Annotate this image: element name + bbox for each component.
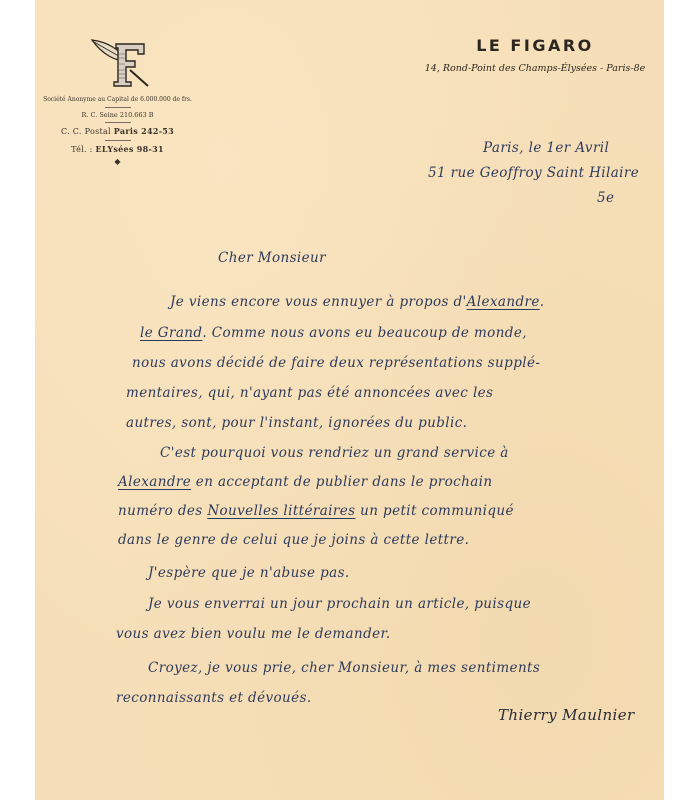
body-line: J'espère que je n'abuse pas.: [148, 565, 350, 581]
body-line: numéro des Nouvelles littéraires un peti…: [118, 503, 514, 519]
divider: [105, 140, 131, 141]
signature: Thierry Maulnier: [498, 706, 635, 724]
newspaper-address: 14, Rond-Point des Champs-Élysées - Pari…: [400, 63, 670, 74]
body-line: C'est pourquoi vous rendriez un grand se…: [160, 445, 509, 461]
ornament-icon: ◆: [35, 157, 200, 167]
postal-line: C. C. Postal Paris 242-53: [35, 126, 200, 137]
figaro-logo-icon: [78, 34, 158, 94]
body-line: vous avez bien voulu me le demander.: [116, 626, 391, 642]
body-line: nous avons décidé de faire deux représen…: [132, 355, 540, 371]
divider: [105, 122, 131, 123]
body-line: autres, sont, pour l'instant, ignorées d…: [126, 415, 467, 431]
body-line: Je vous enverrai un jour prochain un art…: [148, 596, 531, 612]
letterhead-left: Société Anonyme au Capital de 6.000.000 …: [35, 34, 200, 167]
salutation: Cher Monsieur: [218, 250, 326, 266]
body-line: Alexandre en acceptant de publier dans l…: [118, 474, 492, 490]
telephone-line: Tél. : ELYsées 98-31: [35, 144, 200, 155]
body-line: reconnaissants et dévoués.: [116, 690, 312, 706]
sender-arrondissement: 5e: [597, 190, 614, 206]
body-line: dans le genre de celui que je joins à ce…: [118, 532, 469, 548]
registry-line: R. C. Seine 210.663 B: [35, 111, 200, 119]
body-line: Croyez, je vous prie, cher Monsieur, à m…: [148, 660, 540, 676]
newspaper-name: LE FIGARO: [400, 36, 670, 55]
body-line: le Grand. Comme nous avons eu beaucoup d…: [140, 325, 527, 341]
company-capital-line: Société Anonyme au Capital de 6.000.000 …: [35, 96, 200, 104]
place-date: Paris, le 1er Avril: [483, 140, 609, 156]
body-line: Je viens encore vous ennuyer à propos d'…: [170, 294, 544, 310]
divider: [105, 107, 131, 108]
letterhead-right: LE FIGARO 14, Rond-Point des Champs-Élys…: [400, 36, 670, 74]
sender-address: 51 rue Geoffroy Saint Hilaire: [428, 165, 639, 181]
body-line: mentaires, qui, n'ayant pas été annoncée…: [126, 385, 493, 401]
